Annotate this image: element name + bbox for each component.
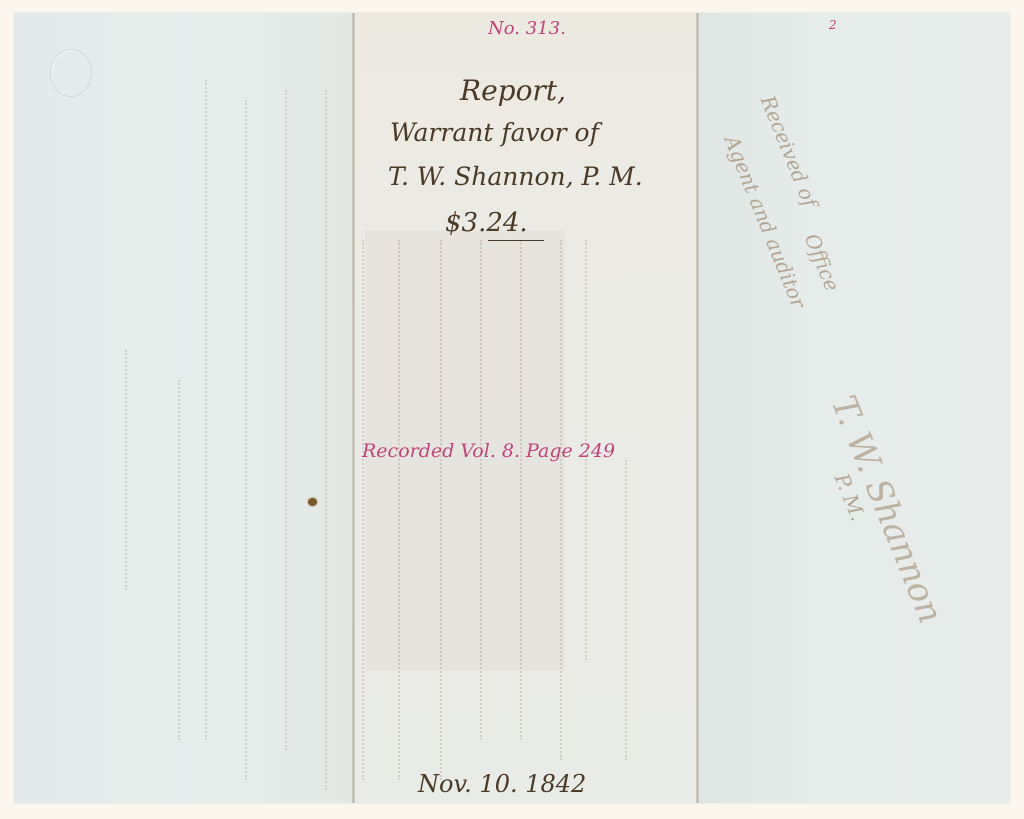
bleed-through-text	[625, 460, 637, 760]
fold-line-left	[352, 13, 355, 803]
bleed-through-text	[125, 350, 137, 590]
docket-line-warrant: Warrant favor of	[390, 118, 599, 147]
bleed-through-text	[560, 240, 572, 760]
bleed-through-text	[398, 240, 410, 780]
docket-amount: $3.24.	[445, 208, 528, 238]
docket-date: Nov. 10. 1842	[418, 770, 586, 798]
docket-line-payee: T. W. Shannon, P. M.	[388, 162, 643, 191]
document-number: No. 313.	[488, 18, 566, 39]
embossed-seal	[50, 49, 92, 97]
bleed-through-text	[245, 100, 257, 780]
ink-stain	[308, 498, 317, 506]
docket-title: Report,	[460, 74, 566, 107]
bleed-through-text	[480, 240, 492, 740]
bleed-through-text	[440, 240, 452, 780]
bleed-through-text	[205, 80, 217, 740]
bleed-through-text	[362, 240, 374, 780]
bleed-through-text	[285, 90, 297, 750]
amount-underline	[488, 240, 544, 241]
bleed-through-text	[325, 90, 337, 790]
recorded-note: Recorded Vol. 8. Page 249	[362, 440, 615, 462]
bleed-through-text	[178, 380, 190, 740]
bleed-through-text	[520, 240, 532, 740]
corner-mark: 2	[829, 18, 837, 32]
fold-line-right	[696, 13, 699, 803]
